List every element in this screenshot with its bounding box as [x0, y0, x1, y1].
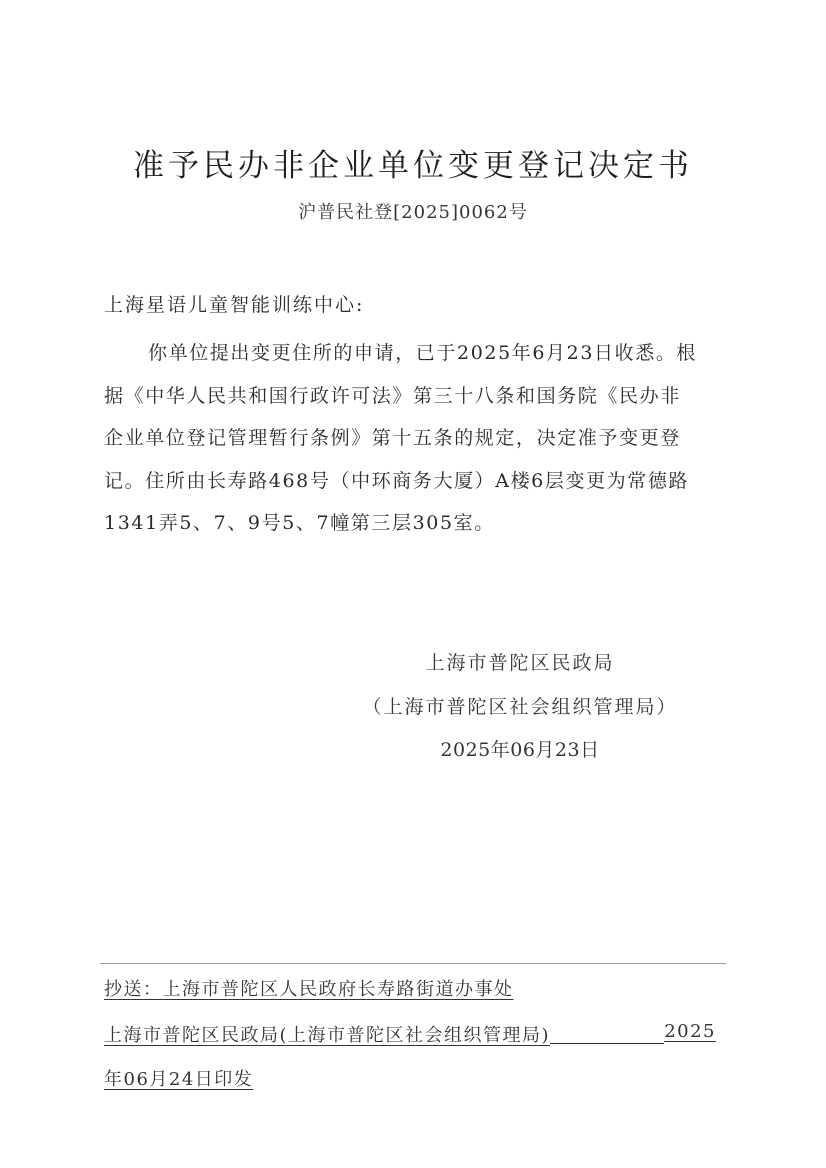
issuer-name: 上海市普陀区民政局 — [0, 648, 826, 675]
body-line: 1341弄5、7、9号5、7幢第三层305室。 — [104, 502, 718, 545]
addressee: 上海星语儿童智能训练中心: — [104, 290, 364, 317]
print-date: 年06月24日印发 — [104, 1065, 253, 1091]
issuer-alias: （上海市普陀区社会组织管理局） — [0, 692, 826, 719]
cc-recipients: 抄送：上海市普陀区人民政府长寿路街道办事处 — [104, 975, 514, 1001]
body-line: 你单位提出变更住所的申请，已于2025年6月23日收悉。根 — [104, 332, 718, 375]
issue-date: 2025年06月23日 — [0, 735, 826, 762]
document-number: 沪普民社登[2025]0062号 — [0, 198, 826, 224]
body-line: 企业单位登记管理暂行条例》第十五条的规定，决定准予变更登 — [104, 417, 718, 460]
document-title: 准予民办非企业单位变更登记决定书 — [0, 140, 826, 185]
printer-line: 上海市普陀区民政局(上海市普陀区社会组织管理局) 2025 — [104, 1021, 716, 1047]
body-line: 记。住所由长寿路468号（中环商务大厦）A楼6层变更为常德路 — [104, 460, 718, 503]
footer-divider — [100, 963, 726, 964]
body-line: 据《中华人民共和国行政许可法》第三十八条和国务院《民办非 — [104, 375, 718, 418]
printer-name: 上海市普陀区民政局(上海市普陀区社会组织管理局) — [104, 1021, 550, 1047]
decision-body: 你单位提出变更住所的申请，已于2025年6月23日收悉。根 据《中华人民共和国行… — [104, 332, 718, 545]
print-year: 2025 — [664, 1021, 716, 1047]
underline-fill — [550, 1021, 664, 1044]
